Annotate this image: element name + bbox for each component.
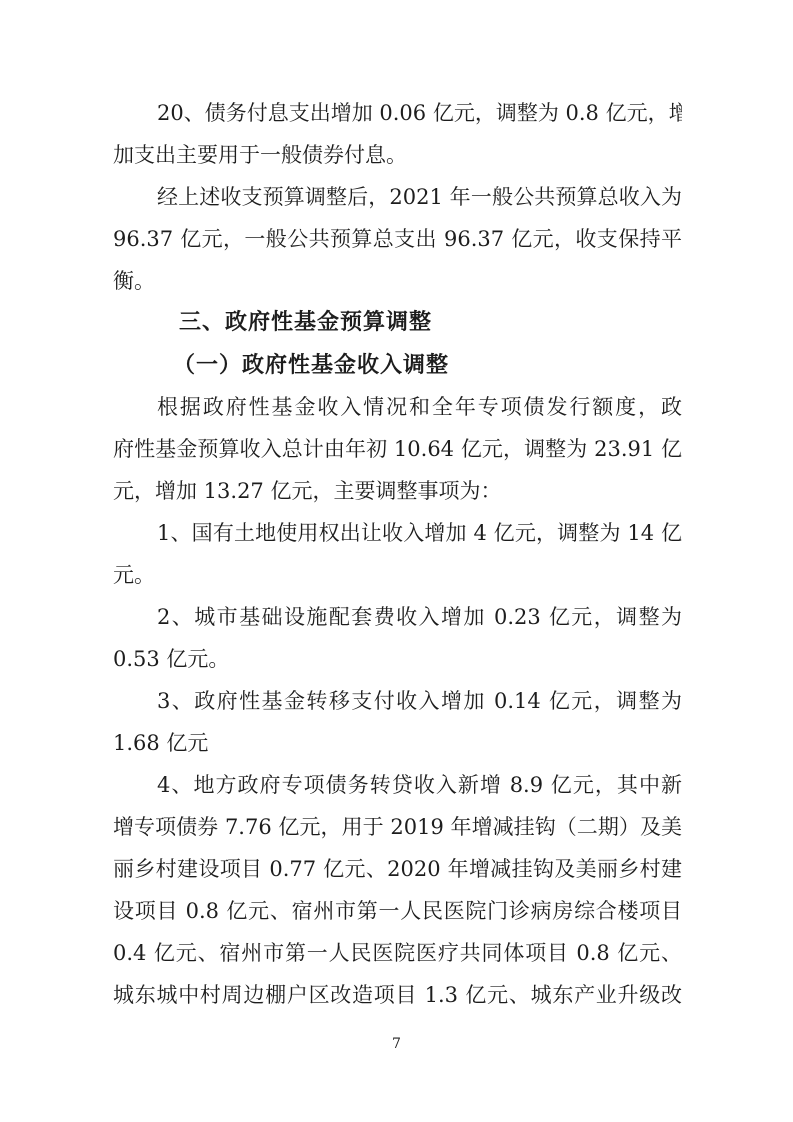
text-line: 元。	[113, 554, 682, 596]
text-line: 根据政府性基金收入情况和全年专项债发行额度，政	[113, 386, 682, 428]
paragraph-budget-balance: 经上述收支预算调整后，2021 年一般公共预算总收入为96.37 亿元，一般公共…	[113, 176, 682, 302]
paragraph-item-4-special-bonds: 4、地方政府专项债务转贷收入新增 8.9 亿元，其中新增专项债券 7.76 亿元…	[113, 764, 682, 1016]
text-line: 丽乡村建设项目 0.77 亿元、2020 年增减挂钩及美丽乡村建	[113, 848, 682, 890]
text-line: 增专项债券 7.76 亿元，用于 2019 年增减挂钩（二期）及美	[113, 806, 682, 848]
paragraph-fund-revenue-total: 根据政府性基金收入情况和全年专项债发行额度，政府性基金预算收入总计由年初 10.…	[113, 386, 682, 512]
text-line: 元，增加 13.27 亿元，主要调整事项为：	[113, 470, 682, 512]
text-line: 96.37 亿元，一般公共预算总支出 96.37 亿元，收支保持平	[113, 218, 682, 260]
page-number: 7	[0, 1034, 793, 1054]
text-line: 城东城中村周边棚户区改造项目 1.3 亿元、城东产业升级改	[113, 974, 682, 1016]
text-line: 加支出主要用于一般债券付息。	[113, 134, 682, 176]
text-line: 4、地方政府专项债务转贷收入新增 8.9 亿元，其中新	[113, 764, 682, 806]
text-line: （一）政府性基金收入调整	[113, 344, 682, 386]
text-line: 三、政府性基金预算调整	[113, 302, 682, 344]
subsection-heading-3-1: （一）政府性基金收入调整	[113, 344, 682, 386]
document-page: 20、债务付息支出增加 0.06 亿元，调整为 0.8 亿元，增加支出主要用于一…	[0, 0, 793, 1122]
text-line: 衡。	[113, 260, 682, 302]
paragraph-item-2-infrastructure-fee: 2、城市基础设施配套费收入增加 0.23 亿元，调整为0.53 亿元。	[113, 596, 682, 680]
text-line: 经上述收支预算调整后，2021 年一般公共预算总收入为	[113, 176, 682, 218]
text-line: 0.53 亿元。	[113, 638, 682, 680]
text-line: 20、债务付息支出增加 0.06 亿元，调整为 0.8 亿元，增	[113, 92, 682, 134]
section-heading-3: 三、政府性基金预算调整	[113, 302, 682, 344]
paragraph-item-3-transfer-payment: 3、政府性基金转移支付收入增加 0.14 亿元，调整为1.68 亿元	[113, 680, 682, 764]
text-line: 府性基金预算收入总计由年初 10.64 亿元，调整为 23.91 亿	[113, 428, 682, 470]
text-line: 3、政府性基金转移支付收入增加 0.14 亿元，调整为	[113, 680, 682, 722]
text-line: 设项目 0.8 亿元、宿州市第一人民医院门诊病房综合楼项目	[113, 890, 682, 932]
text-line: 1.68 亿元	[113, 722, 682, 764]
paragraph-debt-interest: 20、债务付息支出增加 0.06 亿元，调整为 0.8 亿元，增加支出主要用于一…	[113, 92, 682, 176]
paragraph-item-1-land-transfer: 1、国有土地使用权出让收入增加 4 亿元，调整为 14 亿元。	[113, 512, 682, 596]
text-line: 0.4 亿元、宿州市第一人民医院医疗共同体项目 0.8 亿元、	[113, 932, 682, 974]
text-line: 2、城市基础设施配套费收入增加 0.23 亿元，调整为	[113, 596, 682, 638]
text-line: 1、国有土地使用权出让收入增加 4 亿元，调整为 14 亿	[113, 512, 682, 554]
page-content: 20、债务付息支出增加 0.06 亿元，调整为 0.8 亿元，增加支出主要用于一…	[113, 92, 682, 1016]
